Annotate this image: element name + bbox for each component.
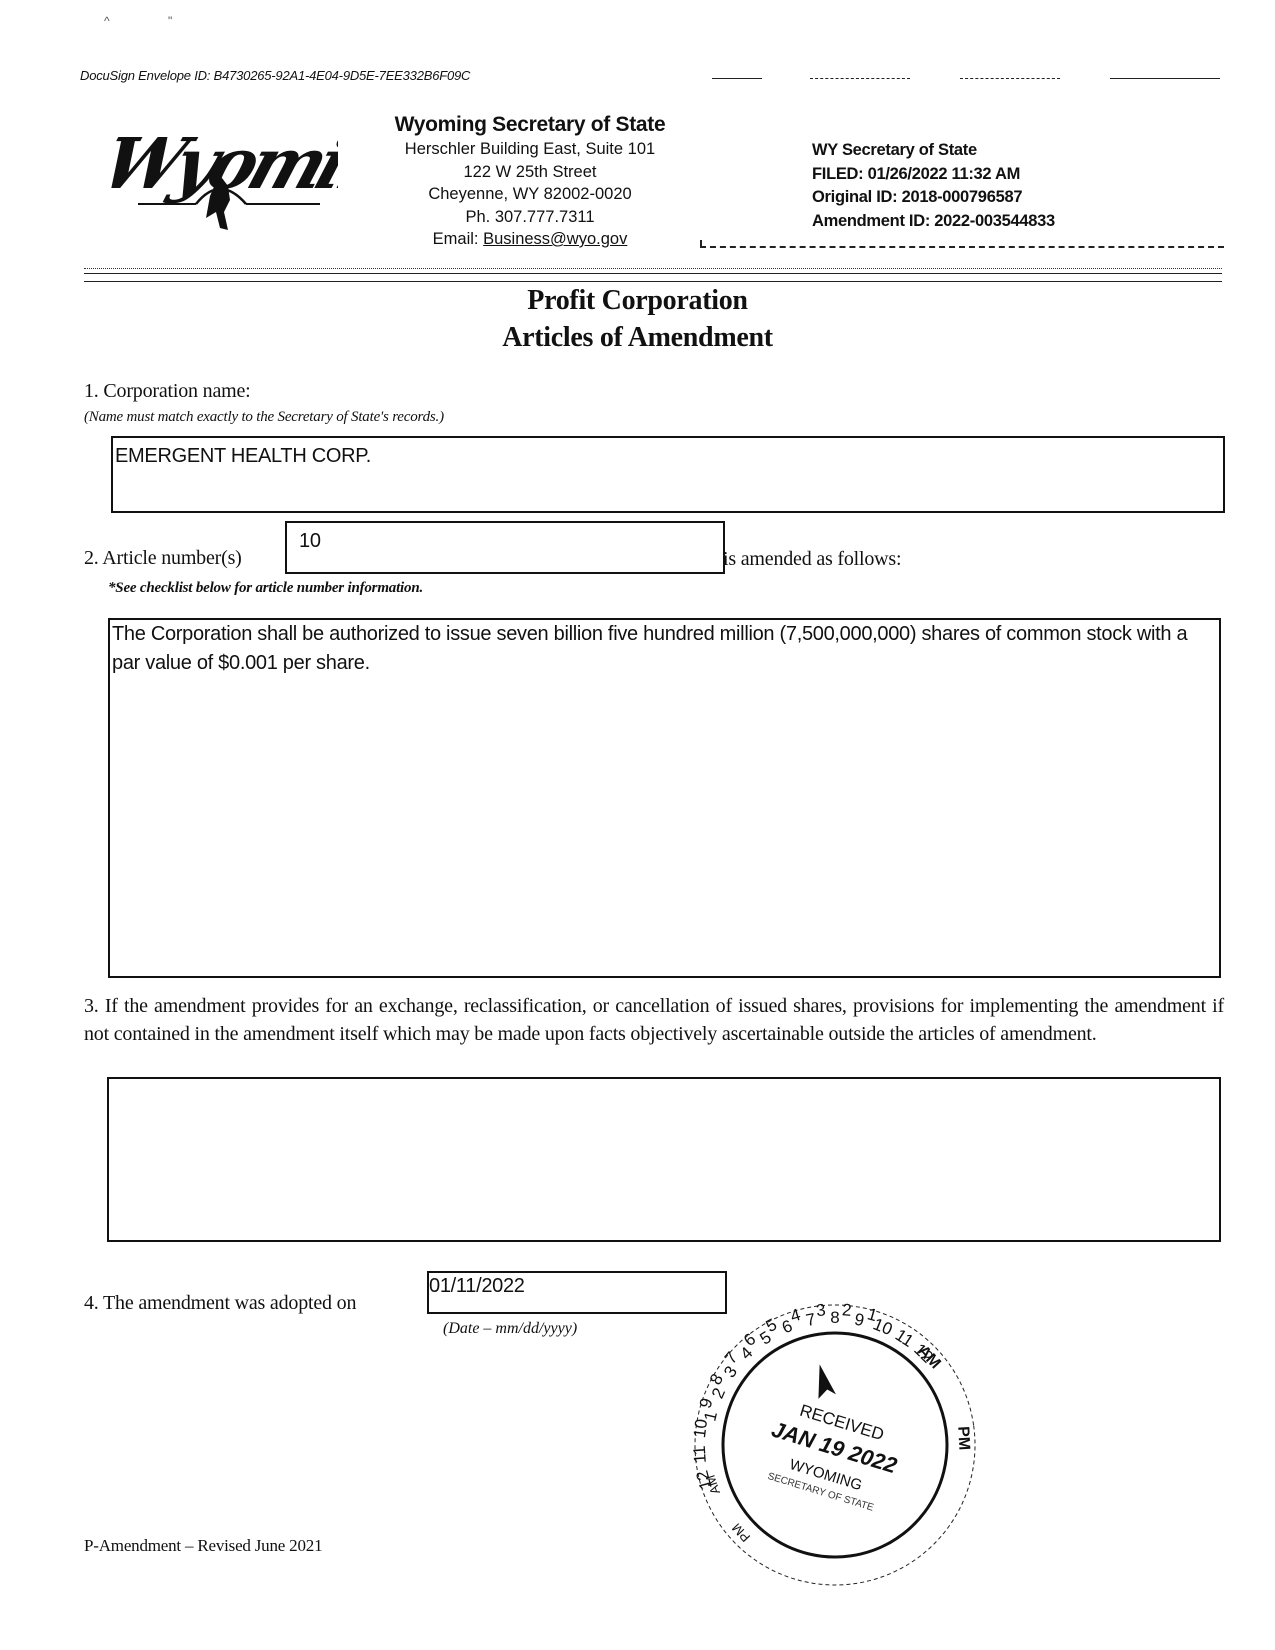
svg-text:2: 2 [708,1385,729,1401]
adoption-date-field[interactable]: 01/11/2022 [427,1271,727,1314]
filing-office: WY Secretary of State [812,139,1055,163]
q3-share-provisions-label: 3. If the amendment provides for an exch… [84,993,1224,1048]
address-line: Herschler Building East, Suite 101 [360,138,700,161]
svg-text:3: 3 [815,1300,826,1320]
header-dash [960,78,1060,79]
email-line: Email: Business@wyo.gov [360,228,700,251]
filing-dashed-line [700,246,1224,248]
date-format-hint: (Date – mm/dd/yyyy) [443,1320,577,1338]
svg-text:9: 9 [853,1310,866,1330]
corporation-name-value: EMERGENT HEALTH CORP. [113,438,1223,471]
article-number-field[interactable]: 10 [285,521,725,574]
form-title: Profit Corporation Articles of Amendment [0,282,1275,356]
wyoming-bucking-horse-logo: Wyoming [98,100,338,240]
email-link[interactable]: Business@wyo.gov [483,230,627,248]
svg-text:9: 9 [696,1396,717,1411]
svg-text:11: 11 [892,1325,917,1351]
header-dash [810,78,910,79]
address-line: Cheyenne, WY 82002-0020 [360,183,700,206]
form-title-line2: Articles of Amendment [0,319,1275,356]
amendment-text-value: The Corporation shall be authorized to i… [110,620,1219,678]
amendment-text-field[interactable]: The Corporation shall be authorized to i… [108,618,1221,978]
filing-info: WY Secretary of State FILED: 01/26/2022 … [812,139,1055,233]
svg-text:8: 8 [830,1308,839,1327]
share-provisions-field[interactable] [107,1077,1221,1242]
adoption-date-value: 01/11/2022 [429,1273,725,1299]
header-dash [1110,78,1220,79]
form-title-line1: Profit Corporation [0,282,1275,319]
header-divider [84,268,1222,269]
q4-adoption-date-label: 4. The amendment was adopted on [84,1292,356,1315]
svg-text:11: 11 [690,1445,710,1464]
agency-address-block: Wyoming Secretary of State Herschler Bui… [360,112,700,251]
corporation-name-field[interactable]: EMERGENT HEALTH CORP. [111,436,1225,513]
header-dash [712,78,762,79]
article-number-value: 10 [287,523,723,556]
svg-text:7: 7 [804,1310,817,1330]
q2-checklist-note: *See checklist below for article number … [108,580,423,597]
q2-suffix: is amended as follows: [723,548,901,571]
agency-title: Wyoming Secretary of State [360,112,700,138]
email-label: Email: [433,230,483,248]
amendment-id: Amendment ID: 2022-003544833 [812,210,1055,234]
received-stamp: 123456789101112123456789101112 AM PM AM … [690,1300,980,1590]
docusign-envelope-id: DocuSign Envelope ID: B4730265-92A1-4E04… [80,68,470,83]
svg-text:10: 10 [690,1418,711,1439]
scan-mark: ^ [104,14,110,28]
q1-note: (Name must match exactly to the Secretar… [84,409,444,426]
address-line: 122 W 25th Street [360,161,700,184]
form-revision: P-Amendment – Revised June 2021 [84,1536,322,1556]
header-divider [84,273,1222,274]
q2-article-number-label: 2. Article number(s) [84,547,242,570]
original-id: Original ID: 2018-000796587 [812,186,1055,210]
q1-corporation-name-label: 1. Corporation name: [84,380,251,403]
scan-mark: " [168,14,172,28]
svg-text:2: 2 [841,1300,852,1320]
svg-text:PM: PM [729,1520,753,1544]
phone-line: Ph. 307.777.7311 [360,206,700,229]
filed-timestamp: FILED: 01/26/2022 11:32 AM [812,163,1055,187]
svg-text:PM: PM [954,1426,972,1451]
